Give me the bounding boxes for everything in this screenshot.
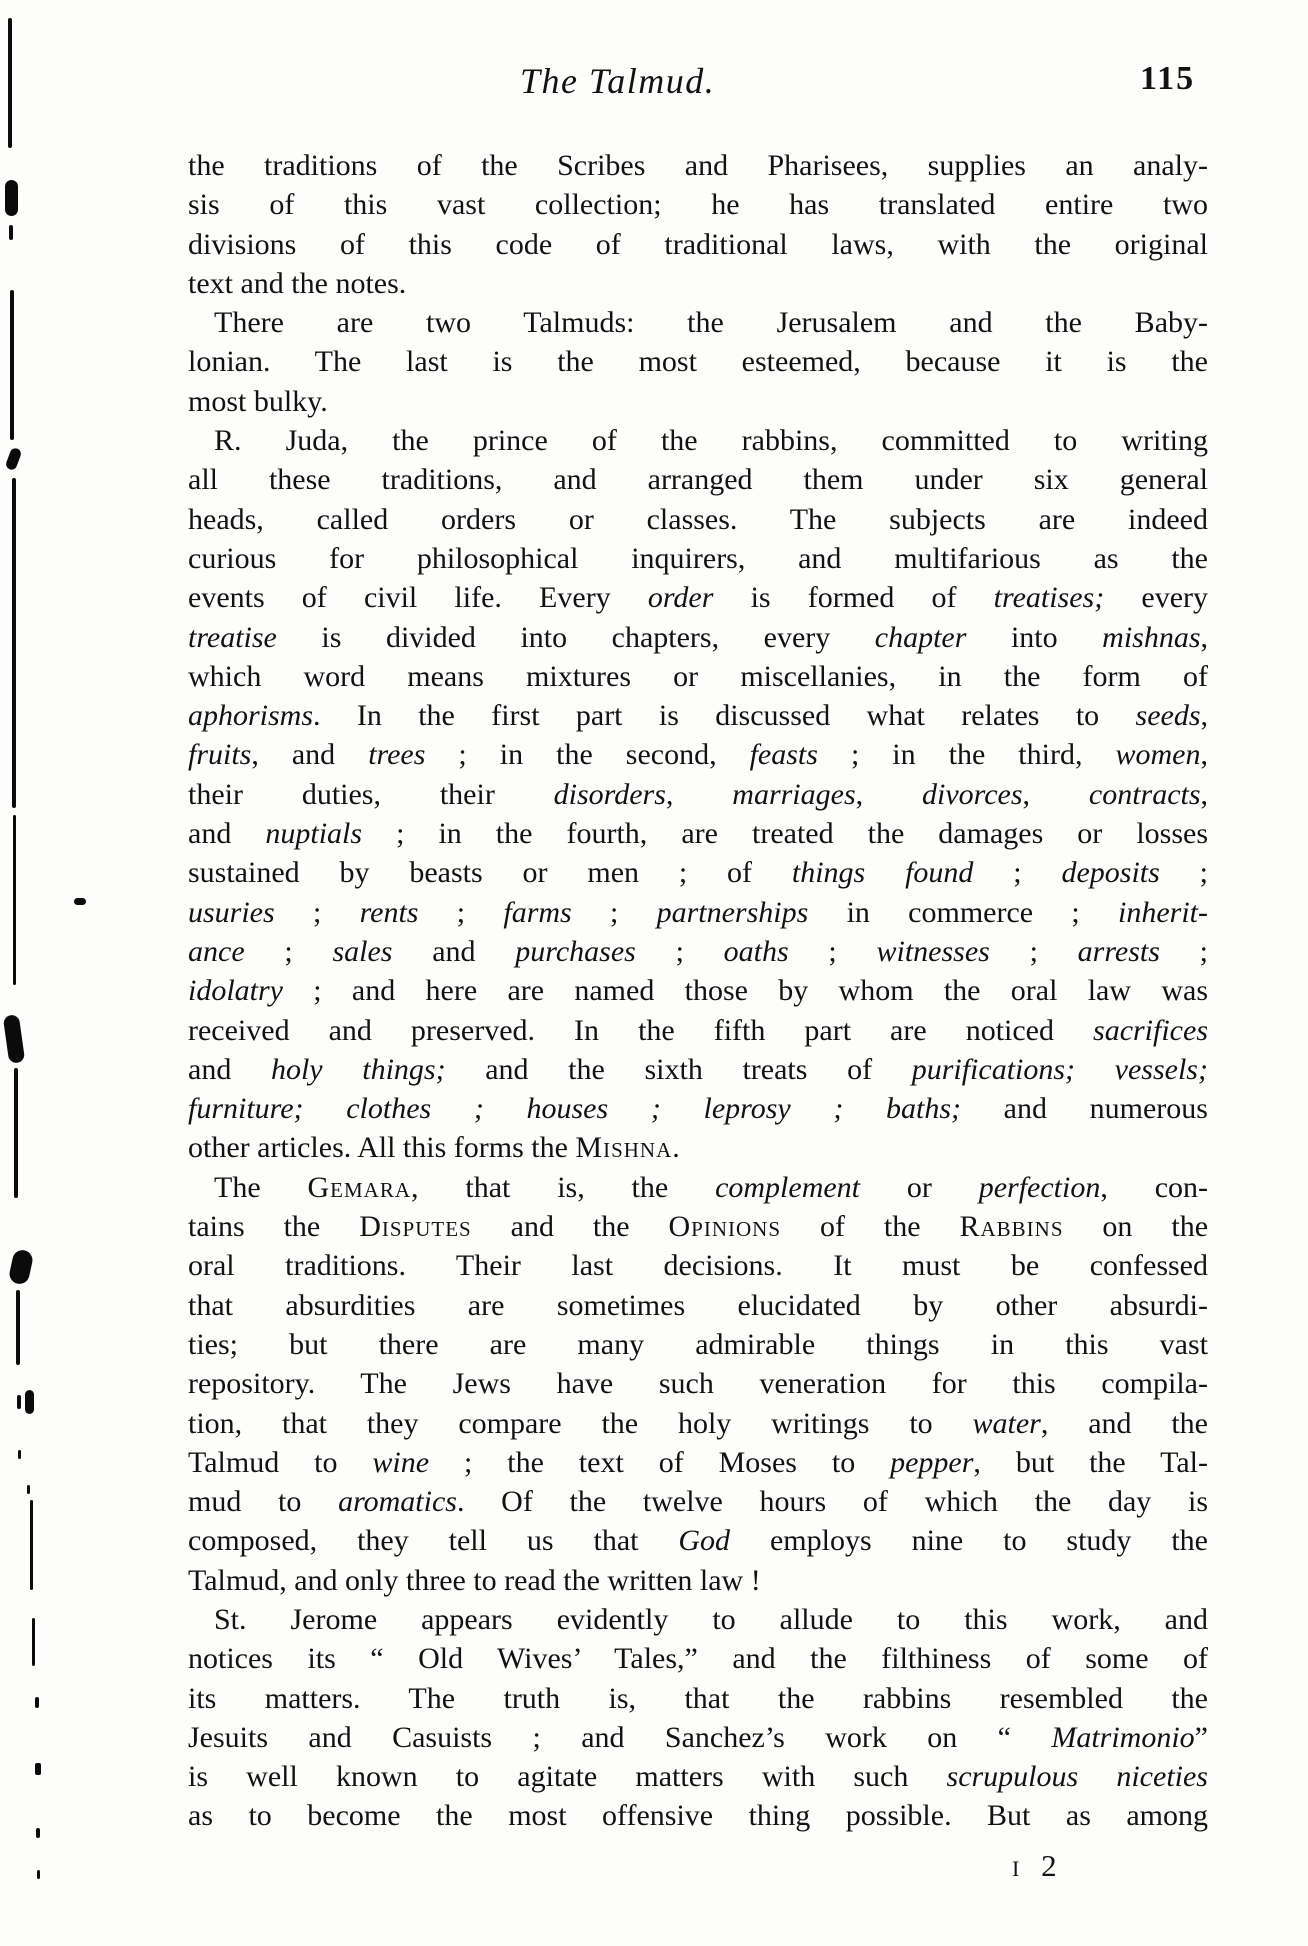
body-text: ; and here are named those by whom the o… [283, 974, 1208, 1007]
small-caps-text: Opinions [669, 1210, 782, 1243]
scan-artifact-blob [8, 1248, 35, 1285]
scan-artifact-blob [25, 1390, 34, 1414]
text-line: curious for philosophical inquirers, and… [188, 539, 1208, 578]
text-line: and holy things; and the sixth treats of… [188, 1050, 1208, 1089]
text-line: The Gemara, that is, the complement or p… [188, 1168, 1208, 1207]
text-line: other articles. All this forms the Mishn… [188, 1128, 1208, 1167]
italic-text: farms [503, 896, 571, 929]
body-text: as to become the most offensive thing po… [188, 1799, 1208, 1832]
body-text: most bulky. [188, 385, 328, 418]
italic-text: things found [792, 856, 974, 889]
scan-artifact-line [32, 1618, 35, 1666]
body-text: R. Juda, the prince of the rabbins, comm… [214, 424, 1208, 457]
body-text: The [214, 1171, 308, 1204]
body-text: ; [572, 896, 657, 929]
body-text: is divided into chapters, every [277, 621, 875, 654]
body-text: There are two Talmuds: the Jerusalem and… [214, 306, 1208, 339]
italic-text: women [1115, 738, 1200, 771]
italic-text: feasts [750, 738, 818, 771]
scan-artifact-blob [3, 1014, 26, 1064]
body-text: , [856, 778, 922, 811]
body-text: is well known to agitate matters with su… [188, 1760, 947, 1793]
text-line: sustained by beasts or men ; of things f… [188, 853, 1208, 892]
body-text: divisions of this code of traditional la… [188, 228, 1208, 261]
body-text: and numerous [961, 1092, 1208, 1125]
italic-text: contracts [1089, 778, 1201, 811]
italic-text: wine [372, 1446, 429, 1479]
small-caps-text: Mishna [575, 1131, 672, 1164]
body-text: ; [275, 896, 360, 929]
scan-artifact-line [9, 225, 13, 240]
text-line: Jesuits and Casuists ; and Sanchez’s wor… [188, 1718, 1208, 1757]
italic-text: seeds [1136, 699, 1201, 732]
italic-text: complement [715, 1171, 860, 1204]
italic-text: oaths [724, 935, 789, 968]
scan-artifact-dot [36, 1828, 40, 1838]
body-text: , and the [1041, 1407, 1208, 1440]
body-text: ; [1160, 856, 1208, 889]
body-text: which word means mixtures or miscellanie… [188, 660, 1208, 693]
italic-text: purifications; vessels; [912, 1053, 1208, 1086]
scan-artifact-line [14, 1068, 18, 1198]
text-line: repository. The Jews have such veneratio… [188, 1364, 1208, 1403]
italic-text: trees [368, 738, 425, 771]
body-text: , [1200, 738, 1208, 771]
italic-text: ance [188, 935, 245, 968]
body-text: employs nine to study the [730, 1524, 1208, 1557]
body-text: Talmud, and only three to read the writt… [188, 1564, 761, 1597]
body-text: and [392, 935, 515, 968]
body-text: ; [245, 935, 333, 968]
body-text: , [666, 778, 732, 811]
text-line: Talmud to wine ; the text of Moses to pe… [188, 1443, 1208, 1482]
paragraph: the traditions of the Scribes and Pharis… [188, 146, 1208, 303]
running-title: The Talmud. [520, 60, 715, 102]
scan-artifact-line [10, 290, 14, 440]
text-line: usuries ; rents ; farms ; partnerships i… [188, 893, 1208, 932]
text-line: its matters. The truth is, that the rabb… [188, 1679, 1208, 1718]
italic-text: chapter [875, 621, 967, 654]
paragraph: St. Jerome appears evidently to allude t… [188, 1600, 1208, 1836]
italic-text: rents [360, 896, 419, 929]
scan-artifact-line [12, 478, 16, 808]
printer-signature: i 2 [1012, 1848, 1064, 1884]
italic-text: disorders [554, 778, 666, 811]
text-line: events of civil life. Every order is for… [188, 578, 1208, 617]
text-line: idolatry ; and here are named those by w… [188, 971, 1208, 1010]
body-text: is formed of [713, 581, 993, 614]
scan-artifact-dot [35, 1697, 39, 1708]
text-line: aphorisms. In the first part is discusse… [188, 696, 1208, 735]
italic-text: aromatics [338, 1485, 457, 1518]
italic-text: pepper [890, 1446, 973, 1479]
italic-text: usuries [188, 896, 275, 929]
italic-text: nuptials [265, 817, 362, 850]
text-line: tains the Disputes and the Opinions of t… [188, 1207, 1208, 1246]
body-text: and [188, 1053, 271, 1086]
text-line: lonian. The last is the most esteemed, b… [188, 342, 1208, 381]
italic-text: fruits [188, 738, 251, 771]
text-line: the traditions of the Scribes and Pharis… [188, 146, 1208, 185]
italic-text: divorces [922, 778, 1023, 811]
italic-text: purchases [515, 935, 636, 968]
italic-text: aphorisms [188, 699, 313, 732]
text-line: all these traditions, and arranged them … [188, 460, 1208, 499]
body-text: , [1201, 621, 1208, 654]
scan-artifact-blob [5, 447, 23, 471]
body-text: ; [973, 856, 1061, 889]
body-text: notices its “ Old Wives’ Tales,” and the… [188, 1642, 1208, 1675]
text-line: ties; but there are many admirable thing… [188, 1325, 1208, 1364]
body-text: their duties, their [188, 778, 554, 811]
italic-text: water [973, 1407, 1041, 1440]
italic-text: partnerships [657, 896, 809, 929]
scan-artifact-dot [35, 1763, 41, 1775]
text-line: ance ; sales and purchases ; oaths ; wit… [188, 932, 1208, 971]
body-text: sustained by beasts or men ; of [188, 856, 792, 889]
body-text: . Of the twelve hours of which the day i… [457, 1485, 1208, 1518]
text-line: furniture; clothes ; houses ; leprosy ; … [188, 1089, 1208, 1128]
paragraph: There are two Talmuds: the Jerusalem and… [188, 303, 1208, 421]
scanned-book-page: The Talmud. 115 the traditions of the Sc… [0, 0, 1308, 1946]
body-text: curious for philosophical inquirers, and… [188, 542, 1208, 575]
body-text: ; in the fourth, are treated the damages… [362, 817, 1208, 850]
body-text: its matters. The truth is, that the rabb… [188, 1682, 1208, 1715]
small-caps-text: Gemara [308, 1171, 412, 1204]
page-number: 115 [1140, 60, 1195, 98]
body-text: every [1104, 581, 1208, 614]
text-line: most bulky. [188, 382, 1208, 421]
paragraph: The Gemara, that is, the complement or p… [188, 1168, 1208, 1600]
body-text: on the [1064, 1210, 1209, 1243]
body-text: the traditions of the Scribes and Pharis… [188, 149, 1208, 182]
text-line: is well known to agitate matters with su… [188, 1757, 1208, 1796]
body-text: heads, called orders or classes. The sub… [188, 503, 1208, 536]
body-text: , [1201, 778, 1208, 811]
text-line: received and preserved. In the fifth par… [188, 1011, 1208, 1050]
scan-artifact-dot [27, 1485, 30, 1494]
body-text: into [966, 621, 1102, 654]
text-line: their duties, their disorders, marriages… [188, 775, 1208, 814]
body-text: , [1201, 699, 1209, 732]
body-text: , con- [1100, 1171, 1208, 1204]
scan-artifact-dot [18, 1450, 21, 1459]
text-line: as to become the most offensive thing po… [188, 1796, 1208, 1835]
body-text: . [672, 1131, 680, 1164]
italic-text: treatise [188, 621, 277, 654]
body-text: ; [789, 935, 877, 968]
body-text: ” [1195, 1721, 1208, 1754]
body-text: ; [990, 935, 1078, 968]
body-text: oral traditions. Their last decisions. I… [188, 1249, 1208, 1282]
scan-artifact-blob [5, 180, 18, 216]
body-text: tains the [188, 1210, 359, 1243]
body-text: and the sixth treats of [446, 1053, 912, 1086]
body-text: sis of this vast collection; he has tran… [188, 188, 1208, 221]
italic-text: God [678, 1524, 730, 1557]
body-text: St. Jerome appears evidently to allude t… [214, 1603, 1208, 1636]
scan-artifact-line [16, 1290, 20, 1365]
body-text: of the [781, 1210, 959, 1243]
body-text: Jesuits and Casuists ; and Sanchez’s wor… [188, 1721, 1051, 1754]
text-line: sis of this vast collection; he has tran… [188, 185, 1208, 224]
italic-text: sacrifices [1093, 1014, 1208, 1047]
italic-text: inherit- [1118, 896, 1208, 929]
italic-text: scrupulous niceties [947, 1760, 1208, 1793]
body-text: events of civil life. Every [188, 581, 648, 614]
body-text: other articles. All this forms the [188, 1131, 575, 1164]
italic-text: mishnas [1102, 621, 1200, 654]
body-text: ; in the third, [818, 738, 1116, 771]
body-text: tion, that they compare the holy writing… [188, 1407, 973, 1440]
italic-text: deposits [1061, 856, 1159, 889]
text-line: R. Juda, the prince of the rabbins, comm… [188, 421, 1208, 460]
text-line: fruits, and trees ; in the second, feast… [188, 735, 1208, 774]
scan-artifact-line [13, 815, 16, 985]
scan-artifact-dot [17, 1395, 21, 1409]
body-text: ; [636, 935, 724, 968]
small-caps-text: Rabbins [959, 1210, 1063, 1243]
text-block: the traditions of the Scribes and Pharis… [188, 146, 1208, 1836]
text-line: treatise is divided into chapters, every… [188, 618, 1208, 657]
body-text: that absurdities are sometimes elucidate… [188, 1289, 1208, 1322]
body-text: lonian. The last is the most esteemed, b… [188, 345, 1208, 378]
italic-text: furniture; clothes ; houses ; leprosy ; … [188, 1092, 961, 1125]
body-text: repository. The Jews have such veneratio… [188, 1367, 1208, 1400]
italic-text: arrests [1078, 935, 1160, 968]
italic-text: holy things; [271, 1053, 446, 1086]
body-text: mud to [188, 1485, 338, 1518]
text-line: oral traditions. Their last decisions. I… [188, 1246, 1208, 1285]
italic-text: idolatry [188, 974, 283, 1007]
text-line: St. Jerome appears evidently to allude t… [188, 1600, 1208, 1639]
body-text: , that is, the [411, 1171, 715, 1204]
body-text: composed, they tell us that [188, 1524, 678, 1557]
text-line: tion, that they compare the holy writing… [188, 1404, 1208, 1443]
body-text: and [188, 817, 265, 850]
italic-text: marriages [732, 778, 855, 811]
italic-text: witnesses [877, 935, 990, 968]
text-line: which word means mixtures or miscellanie… [188, 657, 1208, 696]
scan-artifact-dot [37, 1870, 40, 1879]
paragraph: R. Juda, the prince of the rabbins, comm… [188, 421, 1208, 1168]
text-line: notices its “ Old Wives’ Tales,” and the… [188, 1639, 1208, 1678]
body-text: received and preserved. In the fifth par… [188, 1014, 1093, 1047]
scan-artifact-line [30, 1500, 33, 1590]
small-caps-text: Disputes [359, 1210, 472, 1243]
text-line: that absurdities are sometimes elucidate… [188, 1286, 1208, 1325]
text-line: heads, called orders or classes. The sub… [188, 500, 1208, 539]
body-text: ties; but there are many admirable thing… [188, 1328, 1208, 1361]
italic-text: perfection [979, 1171, 1101, 1204]
text-line: and nuptials ; in the fourth, are treate… [188, 814, 1208, 853]
body-text: ; [1160, 935, 1208, 968]
italic-text: sales [332, 935, 392, 968]
body-text: ; in the second, [425, 738, 749, 771]
text-line: text and the notes. [188, 264, 1208, 303]
scan-artifact-line [8, 18, 12, 148]
body-text: Talmud to [188, 1446, 372, 1479]
body-text: , and [251, 738, 368, 771]
text-line: divisions of this code of traditional la… [188, 225, 1208, 264]
italic-text: Matrimonio [1051, 1721, 1194, 1754]
body-text: ; [418, 896, 503, 929]
body-text: . In the first part is discussed what re… [313, 699, 1135, 732]
text-line: mud to aromatics. Of the twelve hours of… [188, 1482, 1208, 1521]
body-text: , but the Tal- [973, 1446, 1208, 1479]
italic-text: order [648, 581, 714, 614]
body-text: ; the text of Moses to [429, 1446, 890, 1479]
text-line: Talmud, and only three to read the writt… [188, 1561, 1208, 1600]
body-text: and the [472, 1210, 669, 1243]
body-text: all these traditions, and arranged them … [188, 463, 1208, 496]
scan-artifact-dot [74, 898, 86, 905]
body-text: in commerce ; [808, 896, 1118, 929]
text-line: There are two Talmuds: the Jerusalem and… [188, 303, 1208, 342]
body-text: , [1023, 778, 1089, 811]
body-text: or [860, 1171, 979, 1204]
body-text: text and the notes. [188, 267, 406, 300]
text-line: composed, they tell us that God employs … [188, 1521, 1208, 1560]
italic-text: treatises; [994, 581, 1105, 614]
